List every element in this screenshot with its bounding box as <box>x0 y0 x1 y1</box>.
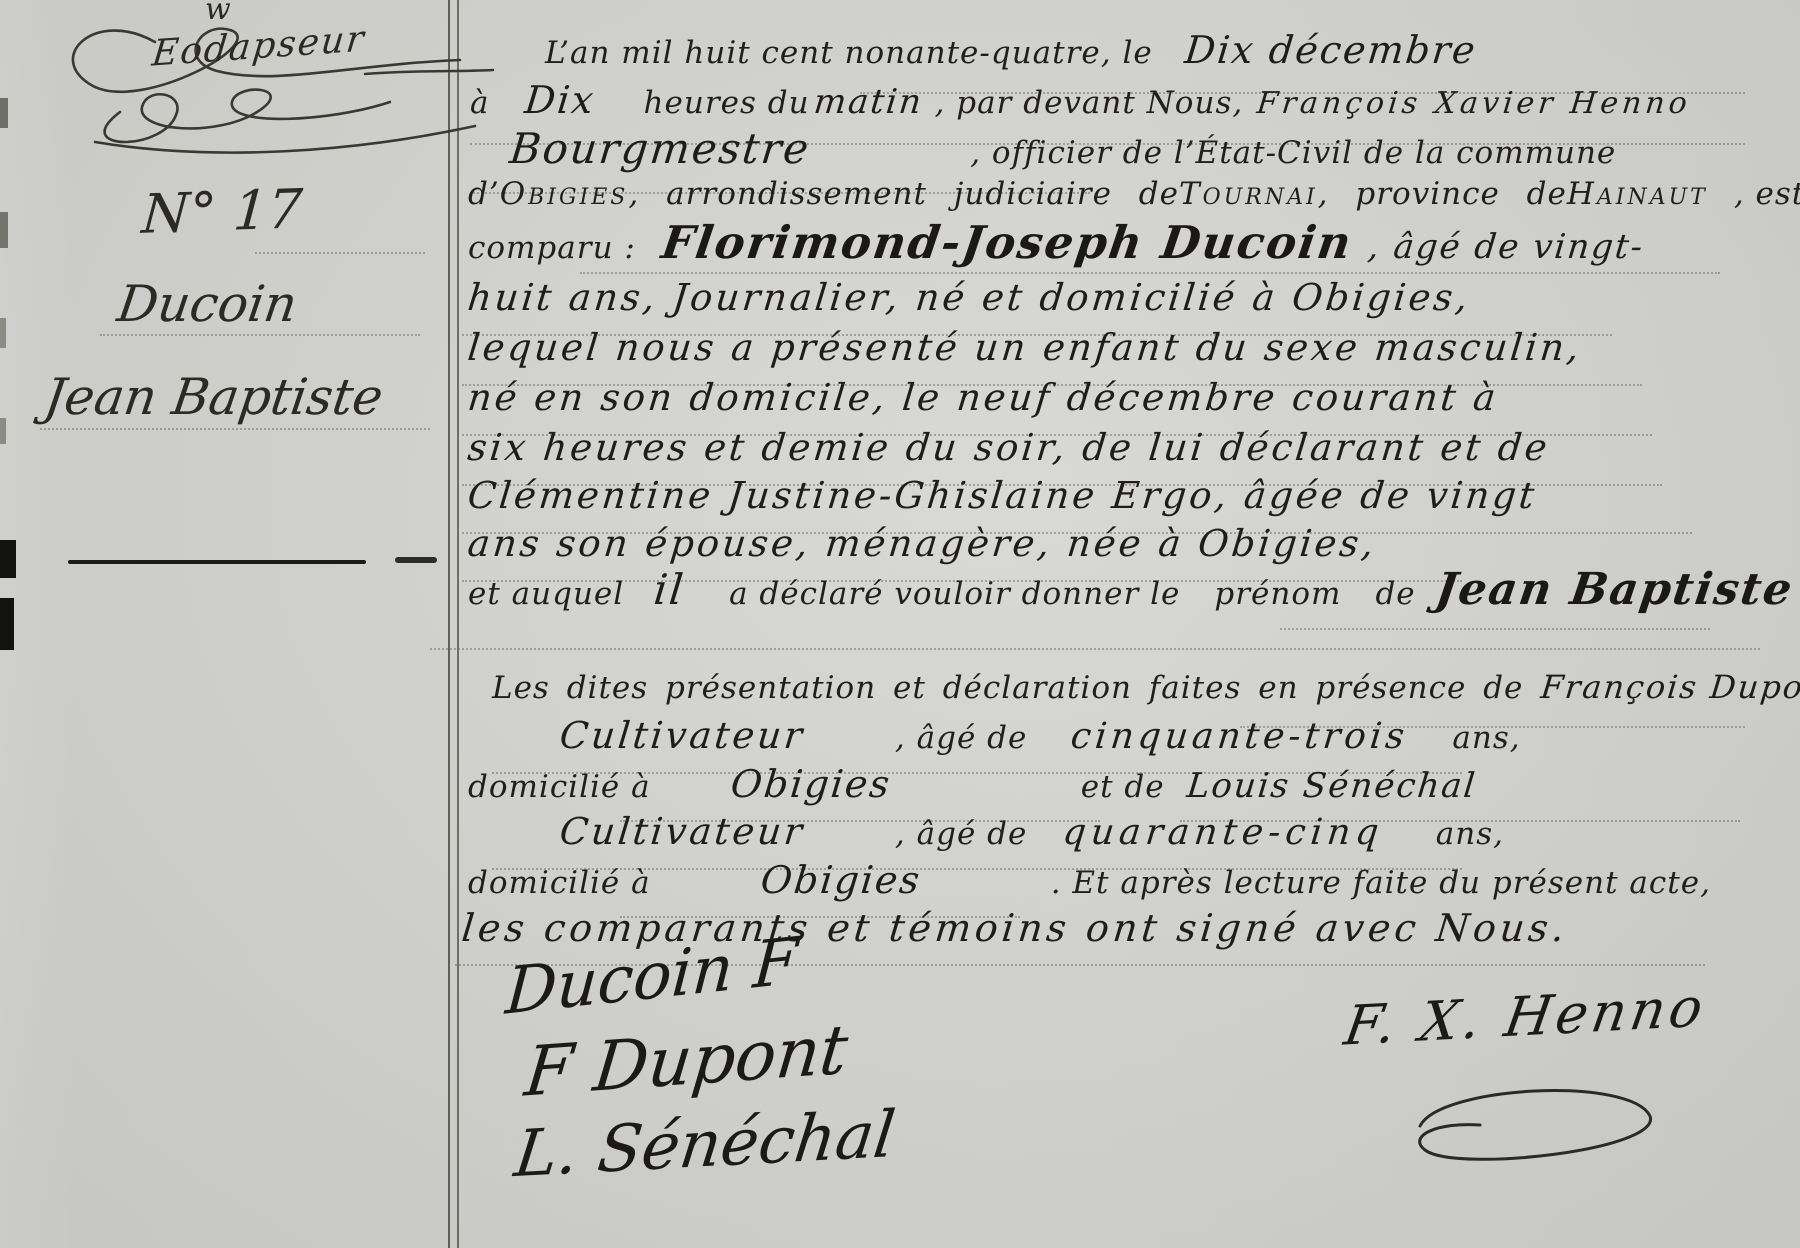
handwritten-occupation: Cultivateur <box>558 810 807 853</box>
printed-text: d’ <box>468 176 500 212</box>
handwritten-officer-name: François Xavier Henno <box>1255 86 1692 121</box>
printed-text: , âgé de <box>895 720 1027 756</box>
act-line: Bourgmestre , officier de l’État-Civil d… <box>510 124 1616 173</box>
handwritten-text: né en son domicile, le neuf décembre cou… <box>466 376 1501 419</box>
act-line: domicilié à Obigies et de Louis Sénéchal <box>468 762 1476 806</box>
printed-text: à <box>470 85 489 121</box>
printed-text: prénom <box>1214 576 1341 612</box>
handwritten-text: , âgé de vingt- <box>1366 227 1646 267</box>
handwritten-text: six heures et demie du soir, de lui décl… <box>466 426 1552 469</box>
handwritten-declarant-name: Florimond-Joseph Ducoin <box>658 216 1356 269</box>
margin-given-names: Jean Baptiste <box>41 368 387 426</box>
printed-text: de <box>1375 576 1415 612</box>
handwritten-text: lequel nous a présenté un enfant du sexe… <box>466 326 1584 369</box>
printed-province: Hainaut <box>1567 176 1708 212</box>
handwritten-hour: Dix <box>523 78 598 122</box>
act-line: comparu : Florimond-Joseph Ducoin , âgé … <box>468 216 1644 269</box>
fill-dotline <box>1280 628 1710 630</box>
binding-mark <box>0 540 16 578</box>
signature-witness2: L. Sénéchal <box>511 1098 899 1192</box>
handwritten-text: huit ans, Journalier, né et domicilié à … <box>466 276 1473 319</box>
handwritten-text: matin <box>811 82 924 122</box>
handwritten-witness1-name: François Dupont <box>1539 668 1800 706</box>
act-line: huit ans, Journalier, né et domicilié à … <box>468 276 1470 319</box>
handwritten-witness2-name: Louis Sénéchal <box>1184 766 1478 806</box>
section-separator-dotline <box>430 648 1760 650</box>
fill-dotline <box>580 272 1720 274</box>
handwritten-text: ans son épouse, ménagère, née à Obigies, <box>466 522 1379 565</box>
printed-text: domicilié à <box>468 865 651 901</box>
printed-text: ans, <box>1452 720 1520 756</box>
printed-text: et de <box>1081 769 1165 805</box>
act-line: et auquel il a déclaré vouloir donner le… <box>468 564 1800 615</box>
margin-act-number: N° 17 <box>140 177 304 246</box>
act-line: Cultivateur , âgé de quarante-cinq ans, <box>560 810 1504 853</box>
handwritten-age: quarante-cinq <box>1061 812 1386 853</box>
officer-signature-flourish <box>1395 1068 1665 1178</box>
act-line: à Dix heures du matin , par devant Nous,… <box>470 78 1691 122</box>
act-line: Cultivateur , âgé de cinquante-trois ans… <box>560 714 1521 757</box>
handwritten-office: Bourgmestre <box>507 124 812 173</box>
printed-text: ans, <box>1436 816 1504 852</box>
binding-mark <box>0 598 14 650</box>
act-line: lequel nous a présenté un enfant du sexe… <box>468 326 1582 369</box>
printed-arrondissement: Tournai <box>1179 176 1318 212</box>
scan-edge-mark <box>0 212 8 248</box>
handwritten-text: il <box>652 565 688 614</box>
margin-rule <box>68 560 366 564</box>
handwritten-child-name: Jean Baptiste . <box>1432 564 1800 615</box>
printed-commune: Obigies <box>500 176 629 212</box>
act-line: Les dites présentation et déclaration fa… <box>492 668 1800 706</box>
handwritten-domicile: Obigies <box>728 762 893 806</box>
margin-dotline <box>255 252 425 254</box>
printed-text: , province de <box>1318 176 1567 212</box>
act-line: six heures et demie du soir, de lui décl… <box>468 426 1550 469</box>
printed-text: , arrondissement judiciaire de <box>628 176 1179 212</box>
scan-edge-mark <box>0 418 6 444</box>
act-line: né en son domicile, le neuf décembre cou… <box>468 376 1498 419</box>
margin-divider-rule <box>448 0 459 1248</box>
printed-text: domicilié à <box>468 769 651 805</box>
scanned-birth-record: w Eodapseur N° 17 Ducoin Jean Baptiste L… <box>0 0 1800 1248</box>
margin-dotline <box>100 334 420 336</box>
printed-text: L’an mil huit cent nonante-quatre, le <box>545 35 1153 71</box>
handwritten-mother-name: Clémentine Justine-Ghislaine Ergo, âgée … <box>466 474 1540 517</box>
signature-officer: F. X. Henno <box>1340 975 1711 1058</box>
printed-text: heures du <box>644 85 810 121</box>
handwritten-domicile: Obigies <box>758 858 923 902</box>
act-line: domicilié à Obigies . Et après lecture f… <box>468 858 1711 902</box>
margin-dotline <box>40 428 430 430</box>
act-line: d’ Obigies , arrondissement judiciaire d… <box>468 176 1800 212</box>
printed-text: , est <box>1734 176 1800 212</box>
printed-text: a déclaré vouloir donner le <box>729 576 1180 612</box>
margin-surname: Ducoin <box>114 275 301 333</box>
printed-text: Les dites présentation et déclaration fa… <box>492 670 1523 706</box>
ink-dash <box>395 557 437 563</box>
printed-text: , âgé de <box>895 816 1027 852</box>
act-line: Clémentine Justine-Ghislaine Ergo, âgée … <box>468 474 1537 517</box>
printed-text: , officier de l’État-Civil de la commune <box>970 135 1616 171</box>
scan-edge-mark <box>0 318 6 348</box>
handwritten-occupation: Cultivateur <box>558 714 807 757</box>
act-line: ans son épouse, ménagère, née à Obigies, <box>468 522 1376 565</box>
act-line: L’an mil huit cent nonante-quatre, le Di… <box>545 28 1476 72</box>
signature-witness1: F Dupont <box>521 1010 851 1112</box>
scan-edge-mark <box>0 98 8 128</box>
printed-text: . Et après lecture faite du présent acte… <box>1051 865 1711 901</box>
printed-text: et auquel <box>468 576 624 612</box>
printed-text: comparu : <box>468 230 636 266</box>
handwritten-date: Dix décembre <box>1182 28 1478 72</box>
printed-text: , par devant Nous, <box>935 85 1244 121</box>
handwritten-age: cinquante-trois <box>1069 716 1410 757</box>
